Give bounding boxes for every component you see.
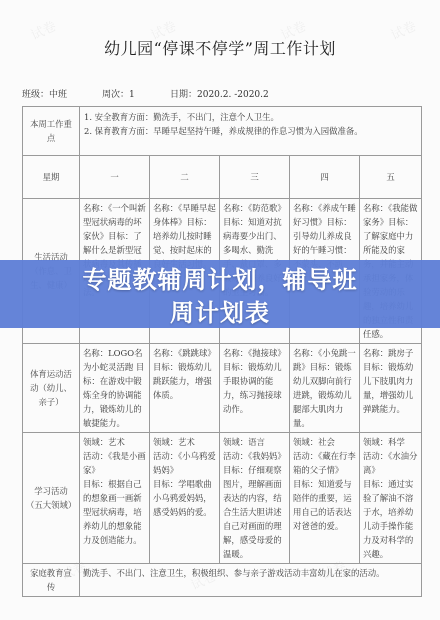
family-label: 家庭教育宣传 [23,564,80,597]
banner-title: 专题教辅周计划，辅导班 周计划表 [0,264,440,330]
family-content: 勤洗手、不出门、注意卫生，积极组织、参与亲子游戏活动丰富幼儿在家的活动。 [80,564,422,597]
banner-line-1: 专题教辅周计划，辅导班 [0,264,440,297]
days-header-label: 星期 [23,156,80,199]
table-cell: 领域：语言 活动：《我妈妈》 目标：仔细观察图片，理解画面表达的内容，结合生活大… [220,433,290,564]
week-label: 周次：1 [102,87,170,100]
focus-label: 本周工作重点 [23,107,80,156]
table-row: 体育运动活动（幼儿、亲子） 名称：LOGO名为小蛇灵活跑 目标：在游戏中锻炼全身… [23,344,422,433]
focus-row: 本周工作重点 1. 安全教育方面：勤洗手，不出门，注意个人卫生。 2. 保育教育… [23,107,422,156]
days-header-row: 星期 一 二 三 四 五 [23,156,422,199]
document-meta: 班级：中班 周次：1 日期：2020.2. -2020.2 [22,87,269,100]
day-header: 三 [220,156,290,199]
table-cell: 领域：艺术 活动：《小乌鸦爱妈妈》 目标：学唱歌曲小乌鸦爱妈妈，感受妈妈的爱。 [150,433,220,564]
table-cell: 名称：《小兔跳一跳》目标：锻炼幼儿双脚向前行进跳，锻炼幼儿腿部大肌肉力量。 [290,344,360,433]
banner-line-2: 周计划表 [0,297,440,330]
class-label: 班级：中班 [22,87,102,100]
row-label: 体育运动活动（幼儿、亲子） [23,344,80,433]
document-title: 幼儿园“停课不停学”周工作计划 [0,36,440,59]
table-cell: 名称：《抛接球》目标：锻炼幼儿手眼协调的能力，练习抛接球动作。 [220,344,290,433]
day-header: 四 [290,156,360,199]
focus-content: 1. 安全教育方面：勤洗手，不出门，注意个人卫生。 2. 保育教育方面：早睡早起… [80,107,422,156]
focus-item: 1. 安全教育方面：勤洗手，不出门，注意个人卫生。 [84,110,417,124]
table-row: 学习活动（五大领域） 领域：艺术 活动：《我是小画家》 目标：根据自己的想象画一… [23,433,422,564]
table-cell: 领域：艺术 活动：《我是小画家》 目标：根据自己的想象画一画新型冠状病毒，培养幼… [80,433,150,564]
table-cell: 名称：LOGO名为小蛇灵活跑 目标：在游戏中锻炼全身的协调能力，锻炼幼儿的敏捷能… [80,344,150,433]
table-cell: 名称：跳房子 目标：锻炼幼儿下肢肌肉力量，增强幼儿弹跳能力。 [360,344,422,433]
day-header: 二 [150,156,220,199]
row-label: 学习活动（五大领域） [23,433,80,564]
table-cell: 名称：《跳跳球》目标：锻炼幼儿跳跃能力，增强体质。 [150,344,220,433]
weekly-plan-table: 本周工作重点 1. 安全教育方面：勤洗手，不出门，注意个人卫生。 2. 保育教育… [22,106,422,597]
family-row: 家庭教育宣传 勤洗手、不出门、注意卫生，积极组织、参与亲子游戏活动丰富幼儿在家的… [23,564,422,597]
day-header: 一 [80,156,150,199]
date-label: 日期：2020.2. -2020.2 [170,87,269,100]
table-cell: 领域：科学 活动：《水油分离》 目标：通过实验了解油不溶于水，培养幼儿动手操作能… [360,433,422,564]
day-header: 五 [360,156,422,199]
focus-item: 2. 保育教育方面：早睡早起坚持午睡，养成规律的作息习惯为入园做准备。 [84,124,417,138]
table-cell: 领域：社会 活动：《藏在行李箱的父子情》 目标：知道爱与陪伴的重要，运用自己的话… [290,433,360,564]
